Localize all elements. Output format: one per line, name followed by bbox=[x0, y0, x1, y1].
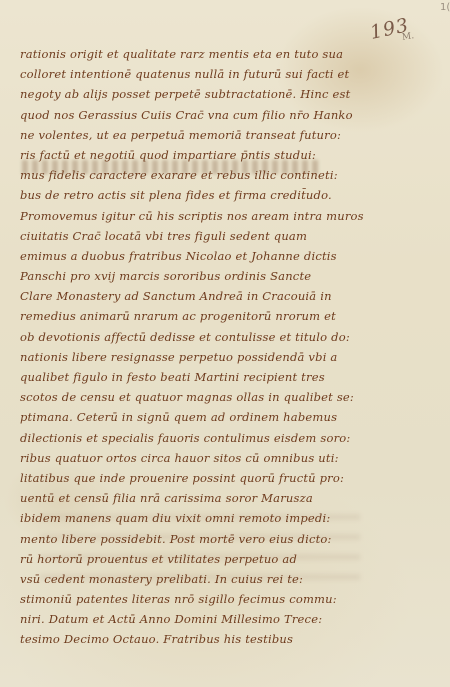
edge-mark: 1( bbox=[440, 2, 450, 13]
text-line: ris factū et negotiū quod impartiare p̄n… bbox=[20, 145, 420, 165]
text-line: ribus quatuor ortos circa hauor sitos cū… bbox=[20, 448, 420, 468]
text-line: rū hortorū prouentus et vtilitates perpe… bbox=[20, 549, 420, 569]
text-line: stimoniū patentes literas nrō sigillo fe… bbox=[20, 589, 420, 609]
manuscript-text: rationis origit et qualitate rarz mentis… bbox=[20, 44, 420, 650]
text-line: bus de retro actis sit plena fides et fi… bbox=[20, 185, 420, 205]
text-line: ne volentes, ut ea perpetuā memoriā tran… bbox=[20, 125, 420, 145]
text-line: uentū et censū filia nrā carissima soror… bbox=[20, 488, 420, 508]
text-line: emimus a duobus fratribus Nicolao et Joh… bbox=[20, 246, 420, 266]
text-line: ob devotionis affectū dedisse et contuli… bbox=[20, 327, 420, 347]
text-line: dilectionis et specialis fauoris contuli… bbox=[20, 428, 420, 448]
text-line: ptimana. Ceterū in signū quem ad ordinem… bbox=[20, 407, 420, 427]
text-line: Promovemus igitur cū his scriptis nos ar… bbox=[20, 206, 420, 226]
folio-annotation: M. bbox=[401, 31, 414, 43]
text-line: remedius animarū nrarum ac progenitorū n… bbox=[20, 306, 420, 326]
text-line: mento libere possidebit. Post mortē vero… bbox=[20, 529, 420, 549]
text-line: vsū cedent monastery prelibati. In cuius… bbox=[20, 569, 420, 589]
text-line: nationis libere resignasse perpetuo poss… bbox=[20, 347, 420, 367]
manuscript-page: 1( 193 M. rationis origit et qualitate r… bbox=[0, 0, 450, 687]
text-line: tesimo Decimo Octauo. Fratribus his test… bbox=[20, 629, 420, 649]
text-line: mus fidelis caractere exarare et rebus i… bbox=[20, 165, 420, 185]
text-line: qualibet figulo in festo beati Martini r… bbox=[20, 367, 420, 387]
text-line: quod nos Gerassius Cuiis Crac̄ vna cum f… bbox=[20, 105, 420, 125]
text-line: Clare Monastery ad Sanctum Andreā in Cra… bbox=[20, 286, 420, 306]
text-line: litatibus que inde prouenire possint quo… bbox=[20, 468, 420, 488]
text-line: scotos de censu et quatuor magnas ollas … bbox=[20, 387, 420, 407]
text-line: rationis origit et qualitate rarz mentis… bbox=[20, 44, 420, 64]
text-line: colloret intentionē quatenus nullā in fu… bbox=[20, 64, 420, 84]
text-line: ibidem manens quam diu vixit omni remoto… bbox=[20, 508, 420, 528]
text-line: negoty ab alijs posset perpetē subtracta… bbox=[20, 84, 420, 104]
text-line: niri. Datum et Actū Anno Domini Millesim… bbox=[20, 609, 420, 629]
text-line: Panschi pro xvij marcis sororibus ordini… bbox=[20, 266, 420, 286]
text-line: ciuitatis Crac̄ locatā vbi tres figuli s… bbox=[20, 226, 420, 246]
